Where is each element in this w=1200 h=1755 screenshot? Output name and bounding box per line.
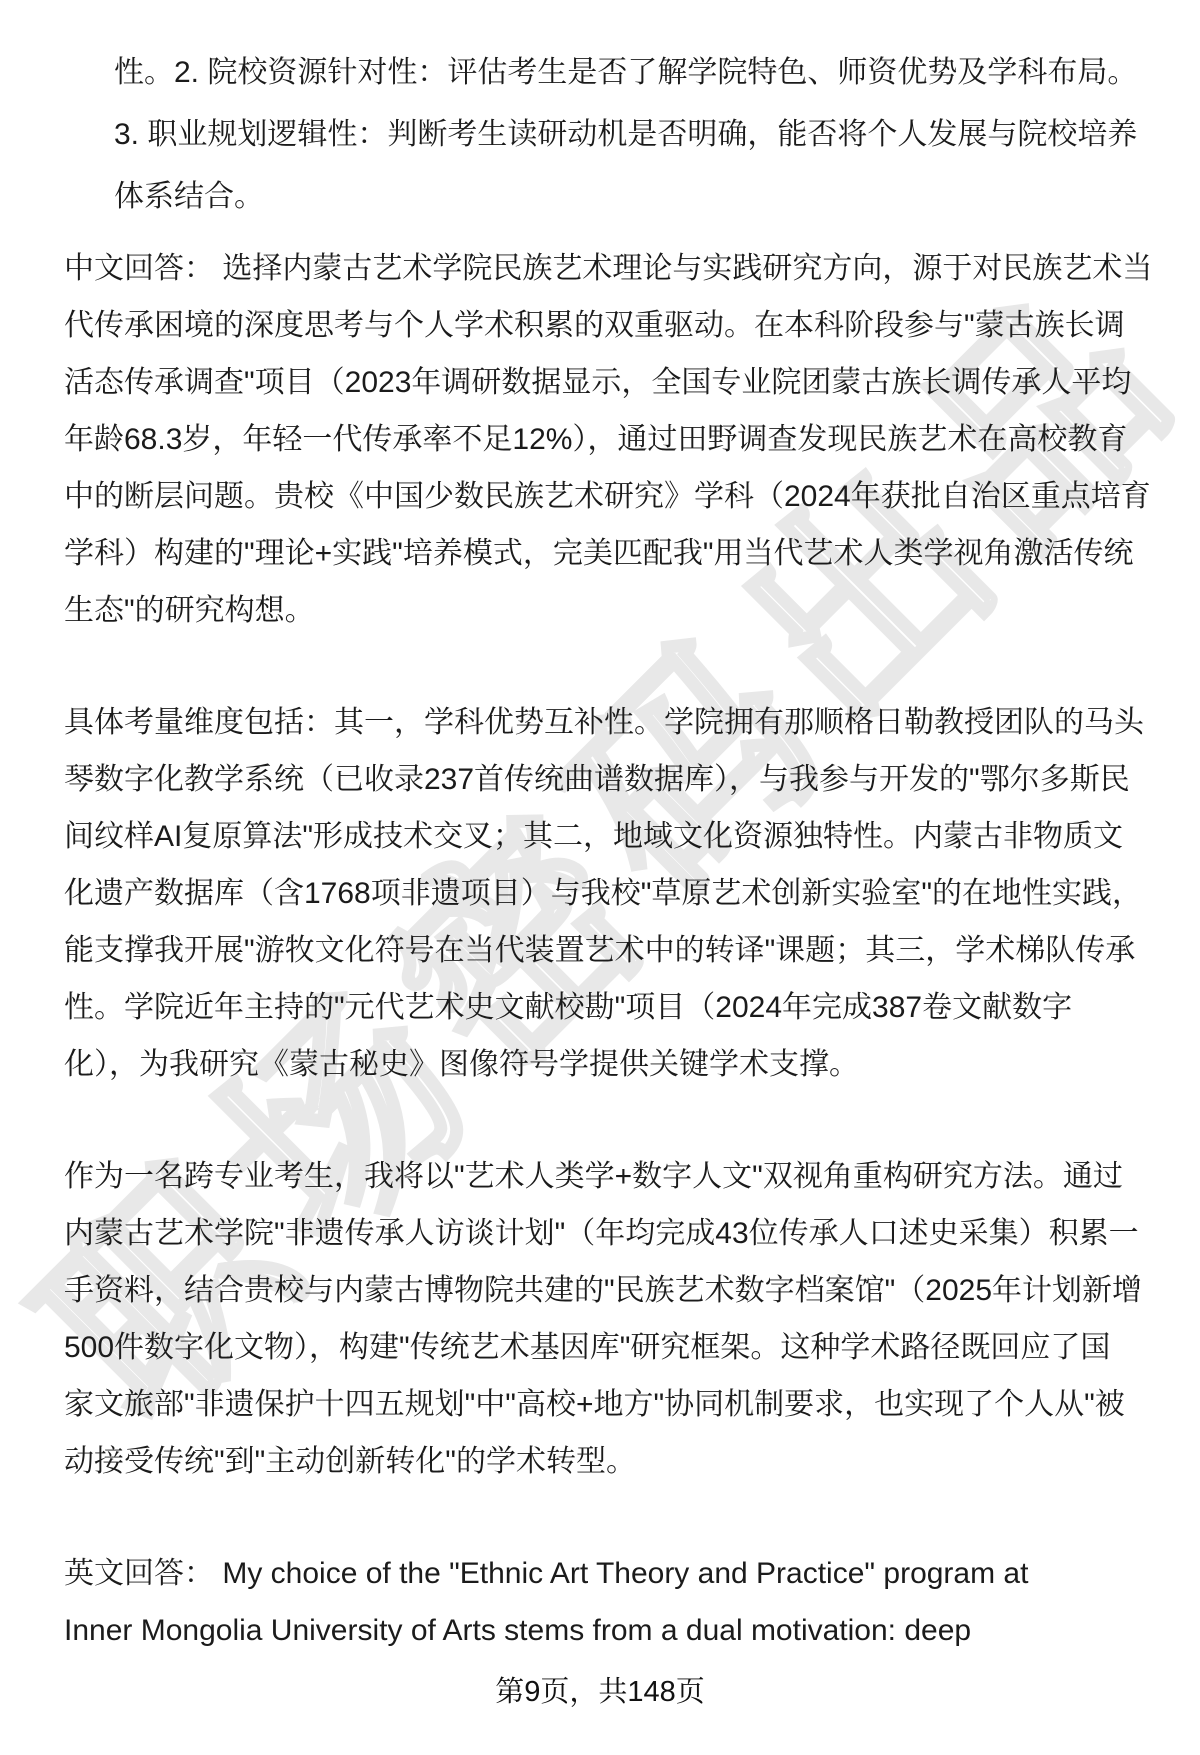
text-line: 性。2. 院校资源针对性：评估考生是否了解学院特色、师资优势及学科布局。 — [114, 42, 1154, 104]
text-line: 学科）构建的"理论+实践"培养模式，完美匹配我"用当代艺术人类学视角激活传统 — [64, 525, 1154, 582]
text-line: 具体考量维度包括：其一，学科优势互补性。学院拥有那顺格日勒教授团队的马头 — [64, 694, 1154, 751]
text-line: 英文回答： My choice of the "Ethnic Art Theor… — [64, 1545, 1154, 1602]
text-line: 中文回答： 选择内蒙古艺术学院民族艺术理论与实践研究方向，源于对民族艺术当 — [64, 240, 1154, 297]
paragraph-chinese-answer: 中文回答： 选择内蒙古艺术学院民族艺术理论与实践研究方向，源于对民族艺术当 代传… — [64, 240, 1154, 639]
text-line: 内蒙古艺术学院"非遗传承人访谈计划"（年均完成43位传承人口述史采集）积累一 — [64, 1205, 1154, 1262]
text-line: 500件数字化文物），构建"传统艺术基因库"研究框架。这种学术路径既回应了国 — [64, 1319, 1154, 1376]
text-line: 化），为我研究《蒙古秘史》图像符号学提供关键学术支撑。 — [64, 1036, 1154, 1093]
paragraph-considerations: 具体考量维度包括：其一，学科优势互补性。学院拥有那顺格日勒教授团队的马头 琴数字… — [64, 694, 1154, 1093]
text-line: 化遗产数据库（含1768项非遗项目）与我校"草原艺术创新实验室"的在地性实践， — [64, 865, 1154, 922]
text-line: 琴数字化教学系统（已收录237首传统曲谱数据库），与我参与开发的"鄂尔多斯民 — [64, 751, 1154, 808]
document-page: { "watermark": { "text": "职场密码出品", "colo… — [0, 0, 1200, 1755]
text-line: 3. 职业规划逻辑性：判断考生读研动机是否明确，能否将个人发展与院校培养 — [114, 104, 1154, 166]
text-line: 体系结合。 — [114, 166, 1154, 228]
text-line: 生态"的研究构想。 — [64, 582, 1154, 639]
text-line: 能支撑我开展"游牧文化符号在当代装置艺术中的转译"课题；其三，学术梯队传承 — [64, 922, 1154, 979]
text-line: 作为一名跨专业考生，我将以"艺术人类学+数字人文"双视角重构研究方法。通过 — [64, 1148, 1154, 1205]
text-line: 动接受传统"到"主动创新转化"的学术转型。 — [64, 1433, 1154, 1490]
text-line: 手资料，结合贵校与内蒙古博物院共建的"民族艺术数字档案馆"（2025年计划新增 — [64, 1262, 1154, 1319]
page-number: 第9页，共148页 — [0, 1672, 1200, 1712]
text-line: 中的断层问题。贵校《中国少数民族艺术研究》学科（2024年获批自治区重点培育 — [64, 468, 1154, 525]
text-line: 代传承困境的深度思考与个人学术积累的双重驱动。在本科阶段参与"蒙古族长调 — [64, 297, 1154, 354]
paragraph-cross-major: 作为一名跨专业考生，我将以"艺术人类学+数字人文"双视角重构研究方法。通过 内蒙… — [64, 1148, 1154, 1490]
text-line: 年龄68.3岁，年轻一代传承率不足12%），通过田野调查发现民族艺术在高校教育 — [64, 411, 1154, 468]
text-line: 家文旅部"非遗保护十四五规划"中"高校+地方"协同机制要求，也实现了个人从"被 — [64, 1376, 1154, 1433]
text-line: 性。学院近年主持的"元代艺术史文献校勘"项目（2024年完成387卷文献数字 — [64, 979, 1154, 1036]
text-line: Inner Mongolia University of Arts stems … — [64, 1602, 1154, 1659]
text-line: 活态传承调查"项目（2023年调研数据显示，全国专业院团蒙古族长调传承人平均 — [64, 354, 1154, 411]
paragraph-english-answer: 英文回答： My choice of the "Ethnic Art Theor… — [64, 1545, 1154, 1659]
paragraph-list-continuation: 性。2. 院校资源针对性：评估考生是否了解学院特色、师资优势及学科布局。 3. … — [64, 42, 1154, 228]
text-line: 间纹样AI复原算法"形成技术交叉；其二，地域文化资源独特性。内蒙古非物质文 — [64, 808, 1154, 865]
document-body: 性。2. 院校资源针对性：评估考生是否了解学院特色、师资优势及学科布局。 3. … — [64, 42, 1154, 1659]
